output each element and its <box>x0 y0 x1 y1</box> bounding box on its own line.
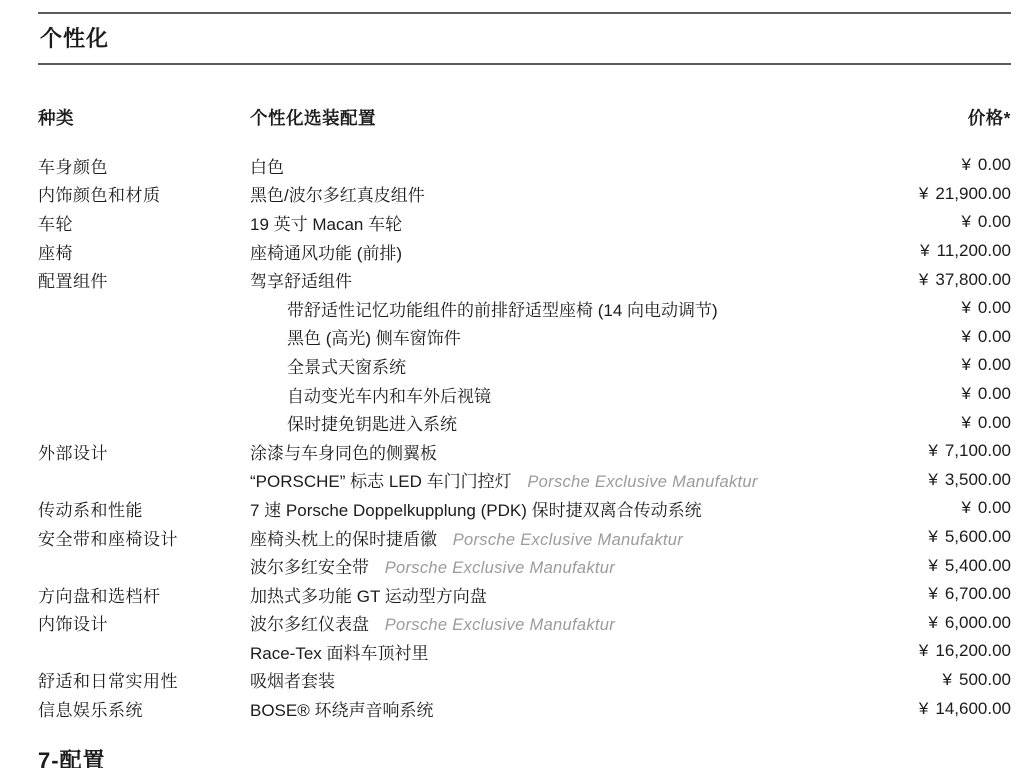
row-category: 车身颜色 <box>38 153 250 178</box>
row-option: Race-Tex 面料车顶衬里 <box>250 639 919 664</box>
row-option-label: 黑色 (高光) 侧车窗饰件 <box>287 329 461 348</box>
row-category: 方向盘和选档杆 <box>38 582 250 607</box>
table-row: 安全带和座椅设计 座椅头枕上的保时捷盾徽 Porsche Exclusive M… <box>38 523 1011 552</box>
price-amount: 5,400.00 <box>945 556 1011 575</box>
row-option: 白色 <box>250 153 961 178</box>
row-option: 驾享舒适组件 <box>250 267 919 292</box>
document-content: 个性化 种类 个性化选装配置 价格* 车身颜色 白色 ¥0.00 内饰颜色和材质… <box>0 12 1024 768</box>
price-currency-symbol: ¥ <box>961 212 970 231</box>
row-option: 座椅通风功能 (前排) <box>250 239 920 264</box>
price-currency-symbol: ¥ <box>920 241 929 260</box>
price-amount: 3,500.00 <box>945 470 1011 489</box>
table-row: 全景式天窗系统 ¥0.00 <box>38 351 1011 380</box>
row-category: 配置组件 <box>38 267 250 292</box>
row-option-suffix: Porsche Exclusive Manufaktur <box>385 616 615 634</box>
row-option-suffix: Porsche Exclusive Manufaktur <box>385 559 615 577</box>
row-option-label: “PORSCHE” 标志 LED 车门门控灯 <box>250 472 512 491</box>
column-header-option: 个性化选装配置 <box>250 105 968 130</box>
table-row: 信息娱乐系统 BOSE® 环绕声音响系统 ¥14,600.00 <box>38 694 1011 723</box>
price-currency-symbol: ¥ <box>943 670 952 689</box>
row-option: 黑色 (高光) 侧车窗饰件 <box>250 324 961 349</box>
price-amount: 500.00 <box>959 670 1011 689</box>
table-row: “PORSCHE” 标志 LED 车门门控灯 Porsche Exclusive… <box>38 466 1011 495</box>
row-category: 内饰颜色和材质 <box>38 181 250 206</box>
price-currency-symbol: ¥ <box>961 413 970 432</box>
row-option: 保时捷免钥匙进入系统 <box>250 410 961 435</box>
row-option-label: 7 速 Porsche Doppelkupplung (PDK) 保时捷双离合传… <box>250 501 702 520</box>
row-option: “PORSCHE” 标志 LED 车门门控灯 Porsche Exclusive… <box>250 467 928 492</box>
price-currency-symbol: ¥ <box>928 556 937 575</box>
row-option-label: 座椅通风功能 (前排) <box>250 244 402 263</box>
price-currency-symbol: ¥ <box>928 441 937 460</box>
row-option-label: 波尔多红安全带 <box>250 558 369 577</box>
row-option-label: 19 英寸 Macan 车轮 <box>250 215 402 234</box>
row-option-label: 驾享舒适组件 <box>250 272 352 291</box>
row-price: ¥21,900.00 <box>919 184 1011 204</box>
next-section-title: 7-配置 <box>38 748 1011 768</box>
price-currency-symbol: ¥ <box>961 355 970 374</box>
row-option: 波尔多红仪表盘 Porsche Exclusive Manufaktur <box>250 610 928 635</box>
row-category: 安全带和座椅设计 <box>38 525 250 550</box>
row-option-label: 全景式天窗系统 <box>287 358 406 377</box>
table-row: 带舒适性记忆功能组件的前排舒适型座椅 (14 向电动调节) ¥0.00 <box>38 294 1011 323</box>
table-row: 自动变光车内和车外后视镜 ¥0.00 <box>38 380 1011 409</box>
row-price: ¥16,200.00 <box>919 641 1011 661</box>
price-amount: 0.00 <box>978 298 1011 317</box>
row-option: 自动变光车内和车外后视镜 <box>250 382 961 407</box>
row-option: 涂漆与车身同色的侧翼板 <box>250 439 928 464</box>
table-row: 保时捷免钥匙进入系统 ¥0.00 <box>38 408 1011 437</box>
row-category: 车轮 <box>38 210 250 235</box>
row-option-label: 波尔多红仪表盘 <box>250 615 369 634</box>
row-option-suffix: Porsche Exclusive Manufaktur <box>453 531 683 549</box>
table-row: 车身颜色 白色 ¥0.00 <box>38 151 1011 180</box>
document-page: 个性化 种类 个性化选装配置 价格* 车身颜色 白色 ¥0.00 内饰颜色和材质… <box>0 0 1024 768</box>
column-header-category: 种类 <box>38 105 250 130</box>
price-amount: 11,200.00 <box>937 241 1011 260</box>
price-currency-symbol: ¥ <box>919 184 928 203</box>
price-amount: 6,000.00 <box>945 613 1011 632</box>
price-amount: 14,600.00 <box>935 699 1011 718</box>
table-header-row: 种类 个性化选装配置 价格* <box>38 103 1011 131</box>
row-option: 7 速 Porsche Doppelkupplung (PDK) 保时捷双离合传… <box>250 496 961 521</box>
row-price: ¥6,000.00 <box>928 613 1011 633</box>
row-option: 带舒适性记忆功能组件的前排舒适型座椅 (14 向电动调节) <box>250 296 961 321</box>
row-option: 吸烟者套装 <box>250 667 943 692</box>
row-price: ¥0.00 <box>961 298 1011 318</box>
table-row: 内饰设计 波尔多红仪表盘 Porsche Exclusive Manufaktu… <box>38 609 1011 638</box>
price-currency-symbol: ¥ <box>961 155 970 174</box>
row-option: 加热式多功能 GT 运动型方向盘 <box>250 582 928 607</box>
price-currency-symbol: ¥ <box>961 498 970 517</box>
row-price: ¥37,800.00 <box>919 270 1011 290</box>
price-amount: 37,800.00 <box>935 270 1011 289</box>
section-rule-bottom <box>38 63 1011 65</box>
row-price: ¥0.00 <box>961 212 1011 232</box>
row-option: 全景式天窗系统 <box>250 353 961 378</box>
price-currency-symbol: ¥ <box>919 641 928 660</box>
row-category: 信息娱乐系统 <box>38 696 250 721</box>
row-option-label: 白色 <box>250 158 284 177</box>
table-row: 方向盘和选档杆 加热式多功能 GT 运动型方向盘 ¥6,700.00 <box>38 580 1011 609</box>
row-option-label: 带舒适性记忆功能组件的前排舒适型座椅 (14 向电动调节) <box>287 301 718 320</box>
price-amount: 0.00 <box>978 212 1011 231</box>
row-price: ¥0.00 <box>961 155 1011 175</box>
table-row: 舒适和日常实用性 吸烟者套装 ¥500.00 <box>38 666 1011 695</box>
price-currency-symbol: ¥ <box>961 384 970 403</box>
row-price: ¥5,400.00 <box>928 556 1011 576</box>
row-price: ¥0.00 <box>961 413 1011 433</box>
table-body: 车身颜色 白色 ¥0.00 内饰颜色和材质 黑色/波尔多红真皮组件 ¥21,90… <box>38 151 1011 723</box>
table-row: 黑色 (高光) 侧车窗饰件 ¥0.00 <box>38 323 1011 352</box>
column-header-price: 价格* <box>968 105 1011 130</box>
row-option-label: 涂漆与车身同色的侧翼板 <box>250 444 437 463</box>
table-row: 车轮 19 英寸 Macan 车轮 ¥0.00 <box>38 208 1011 237</box>
table-row: Race-Tex 面料车顶衬里 ¥16,200.00 <box>38 637 1011 666</box>
price-amount: 7,100.00 <box>945 441 1011 460</box>
price-currency-symbol: ¥ <box>928 584 937 603</box>
section-title: 个性化 <box>38 14 1011 63</box>
price-amount: 6,700.00 <box>945 584 1011 603</box>
row-category: 座椅 <box>38 239 250 264</box>
row-price: ¥7,100.00 <box>928 441 1011 461</box>
table-row: 传动系和性能 7 速 Porsche Doppelkupplung (PDK) … <box>38 494 1011 523</box>
row-price: ¥3,500.00 <box>928 470 1011 490</box>
row-option-label: 黑色/波尔多红真皮组件 <box>250 186 425 205</box>
table-row: 内饰颜色和材质 黑色/波尔多红真皮组件 ¥21,900.00 <box>38 180 1011 209</box>
row-option-label: 吸烟者套装 <box>250 672 335 691</box>
price-amount: 5,600.00 <box>945 527 1011 546</box>
price-amount: 0.00 <box>978 355 1011 374</box>
price-amount: 0.00 <box>978 384 1011 403</box>
row-price: ¥0.00 <box>961 384 1011 404</box>
row-category: 内饰设计 <box>38 610 250 635</box>
price-currency-symbol: ¥ <box>961 327 970 346</box>
price-amount: 0.00 <box>978 155 1011 174</box>
row-option: 波尔多红安全带 Porsche Exclusive Manufaktur <box>250 553 928 578</box>
price-currency-symbol: ¥ <box>919 270 928 289</box>
row-option-label: 保时捷免钥匙进入系统 <box>287 415 457 434</box>
row-option-label: 自动变光车内和车外后视镜 <box>287 387 491 406</box>
row-option-label: 座椅头枕上的保时捷盾徽 <box>250 530 437 549</box>
row-category: 外部设计 <box>38 439 250 464</box>
row-price: ¥500.00 <box>943 670 1011 690</box>
row-option: BOSE® 环绕声音响系统 <box>250 696 919 721</box>
table-row: 波尔多红安全带 Porsche Exclusive Manufaktur ¥5,… <box>38 551 1011 580</box>
row-option: 黑色/波尔多红真皮组件 <box>250 181 919 206</box>
table-row: 座椅 座椅通风功能 (前排) ¥11,200.00 <box>38 237 1011 266</box>
row-price: ¥0.00 <box>961 327 1011 347</box>
price-amount: 16,200.00 <box>935 641 1011 660</box>
row-price: ¥5,600.00 <box>928 527 1011 547</box>
row-price: ¥14,600.00 <box>919 699 1011 719</box>
price-currency-symbol: ¥ <box>919 699 928 718</box>
table-row: 外部设计 涂漆与车身同色的侧翼板 ¥7,100.00 <box>38 437 1011 466</box>
price-amount: 0.00 <box>978 498 1011 517</box>
row-option: 座椅头枕上的保时捷盾徽 Porsche Exclusive Manufaktur <box>250 525 928 550</box>
row-price: ¥11,200.00 <box>920 241 1011 261</box>
price-currency-symbol: ¥ <box>928 470 937 489</box>
row-option-label: BOSE® 环绕声音响系统 <box>250 701 434 720</box>
price-amount: 0.00 <box>978 327 1011 346</box>
row-option: 19 英寸 Macan 车轮 <box>250 210 961 235</box>
price-amount: 21,900.00 <box>935 184 1011 203</box>
row-category: 舒适和日常实用性 <box>38 667 250 692</box>
row-option-label: Race-Tex 面料车顶衬里 <box>250 644 429 663</box>
price-currency-symbol: ¥ <box>928 613 937 632</box>
row-price: ¥0.00 <box>961 355 1011 375</box>
price-amount: 0.00 <box>978 413 1011 432</box>
table-row: 配置组件 驾享舒适组件 ¥37,800.00 <box>38 265 1011 294</box>
row-category: 传动系和性能 <box>38 496 250 521</box>
price-currency-symbol: ¥ <box>961 298 970 317</box>
price-currency-symbol: ¥ <box>928 527 937 546</box>
row-option-suffix: Porsche Exclusive Manufaktur <box>527 473 757 491</box>
row-option-label: 加热式多功能 GT 运动型方向盘 <box>250 587 487 606</box>
row-price: ¥0.00 <box>961 498 1011 518</box>
row-price: ¥6,700.00 <box>928 584 1011 604</box>
